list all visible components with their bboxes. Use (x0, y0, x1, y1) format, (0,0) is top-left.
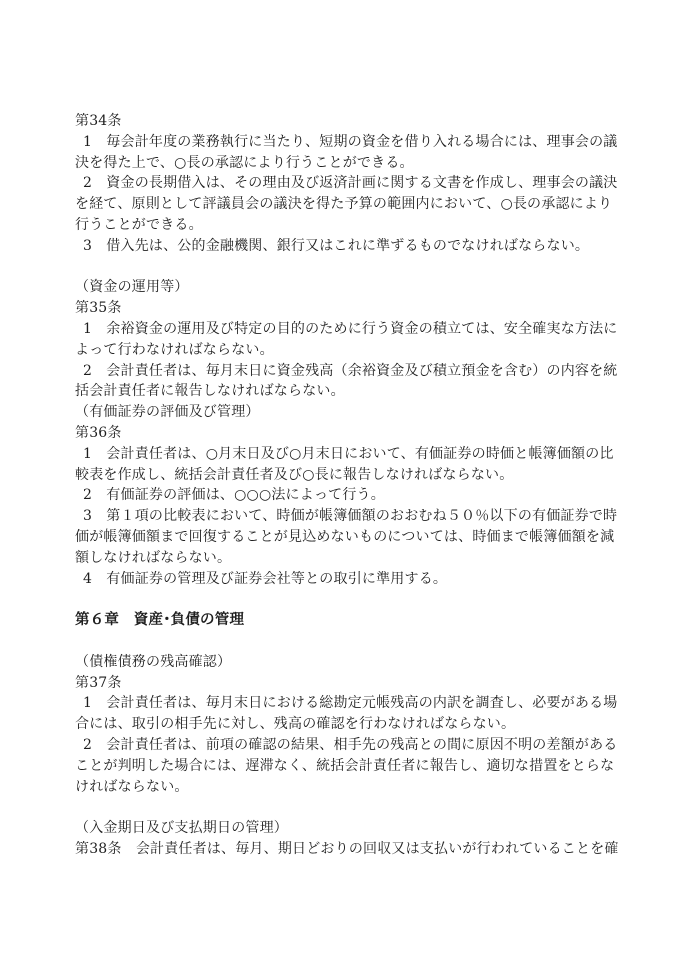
text-line-caption: （資金の運用等） (75, 277, 610, 298)
text-line-article: 第37条 (75, 673, 610, 694)
text-line-caption: （入金期日及び支払期日の管理） (75, 818, 610, 839)
text-line-body: 括会計責任者に報告しなければならない。 (75, 381, 610, 402)
text-line-item: 2 会計責任者は、前項の確認の結果、相手先の残高との間に原因不明の差額がある (75, 735, 610, 756)
text-line-chapter: 第６章 資産･負債の管理 (75, 610, 610, 631)
text-line-item: 2 会計責任者は、毎月末日に資金残高（余裕資金及び積立預金を含む）の内容を統 (75, 361, 610, 382)
text-line-item: 3 第１項の比較表において、時価が帳簿価額のおおむね５０％以下の有価証券で時 (75, 506, 610, 527)
document-page: 第34条1 毎会計年度の業務執行に当たり、短期の資金を借り入れる場合には、理事会… (0, 0, 680, 962)
text-line-article: 第35条 (75, 298, 610, 319)
text-line-item: 2 資金の長期借入は、その理由及び返済計画に関する文書を作成し、理事会の議決 (75, 173, 610, 194)
text-line-body: 価が帳簿価額まで回復することが見込めないものについては、時価まで帳簿価額を減 (75, 527, 610, 548)
text-line-body: 合には、取引の相手先に対し、残高の確認を行わなければならない。 (75, 714, 610, 735)
text-line-item: 4 有価証券の管理及び証券会社等との取引に準用する。 (75, 569, 610, 590)
text-line-article: 第36条 (75, 423, 610, 444)
blank-line (75, 257, 610, 278)
text-line-article: 第34条 (75, 111, 610, 132)
text-line-item: 3 借入先は、公的金融機関、銀行又はこれに準ずるものでなければならない。 (75, 236, 610, 257)
text-line-caption: （有価証券の評価及び管理） (75, 402, 610, 423)
blank-line (75, 797, 610, 818)
text-line-item: 1 会計責任者は、○月末日及び○月末日において、有価証券の時価と帳簿価額の比 (75, 444, 610, 465)
text-line-body: 行うことができる。 (75, 215, 610, 236)
text-line-body: を経て、原則として評議員会の議決を得た予算の範囲内において、○長の承認により (75, 194, 610, 215)
text-line-item: 1 余裕資金の運用及び特定の目的のために行う資金の積立ては、安全確実な方法に (75, 319, 610, 340)
text-line-caption: （債権債務の残高確認） (75, 652, 610, 673)
text-line-body: よって行わなければならない。 (75, 340, 610, 361)
blank-line (75, 589, 610, 610)
text-line-body: ことが判明した場合には、遅滞なく、統括会計責任者に報告し、適切な措置をとらな (75, 756, 610, 777)
text-line-item: 2 有価証券の評価は、○○○法によって行う。 (75, 485, 610, 506)
text-line-body: ければならない。 (75, 777, 610, 798)
text-line-body: 決を得た上で、○長の承認により行うことができる。 (75, 153, 610, 174)
text-line-body: 額しなければならない。 (75, 548, 610, 569)
document-body: 第34条1 毎会計年度の業務執行に当たり、短期の資金を借り入れる場合には、理事会… (75, 111, 610, 860)
blank-line (75, 631, 610, 652)
text-line-article: 第38条 会計責任者は、毎月、期日どおりの回収又は支払いが行われていることを確 (75, 839, 610, 860)
text-line-body: 較表を作成し、統括会計責任者及び○長に報告しなければならない。 (75, 465, 610, 486)
text-line-item: 1 会計責任者は、毎月末日における総勘定元帳残高の内訳を調査し、必要がある場 (75, 693, 610, 714)
text-line-item: 1 毎会計年度の業務執行に当たり、短期の資金を借り入れる場合には、理事会の議 (75, 132, 610, 153)
